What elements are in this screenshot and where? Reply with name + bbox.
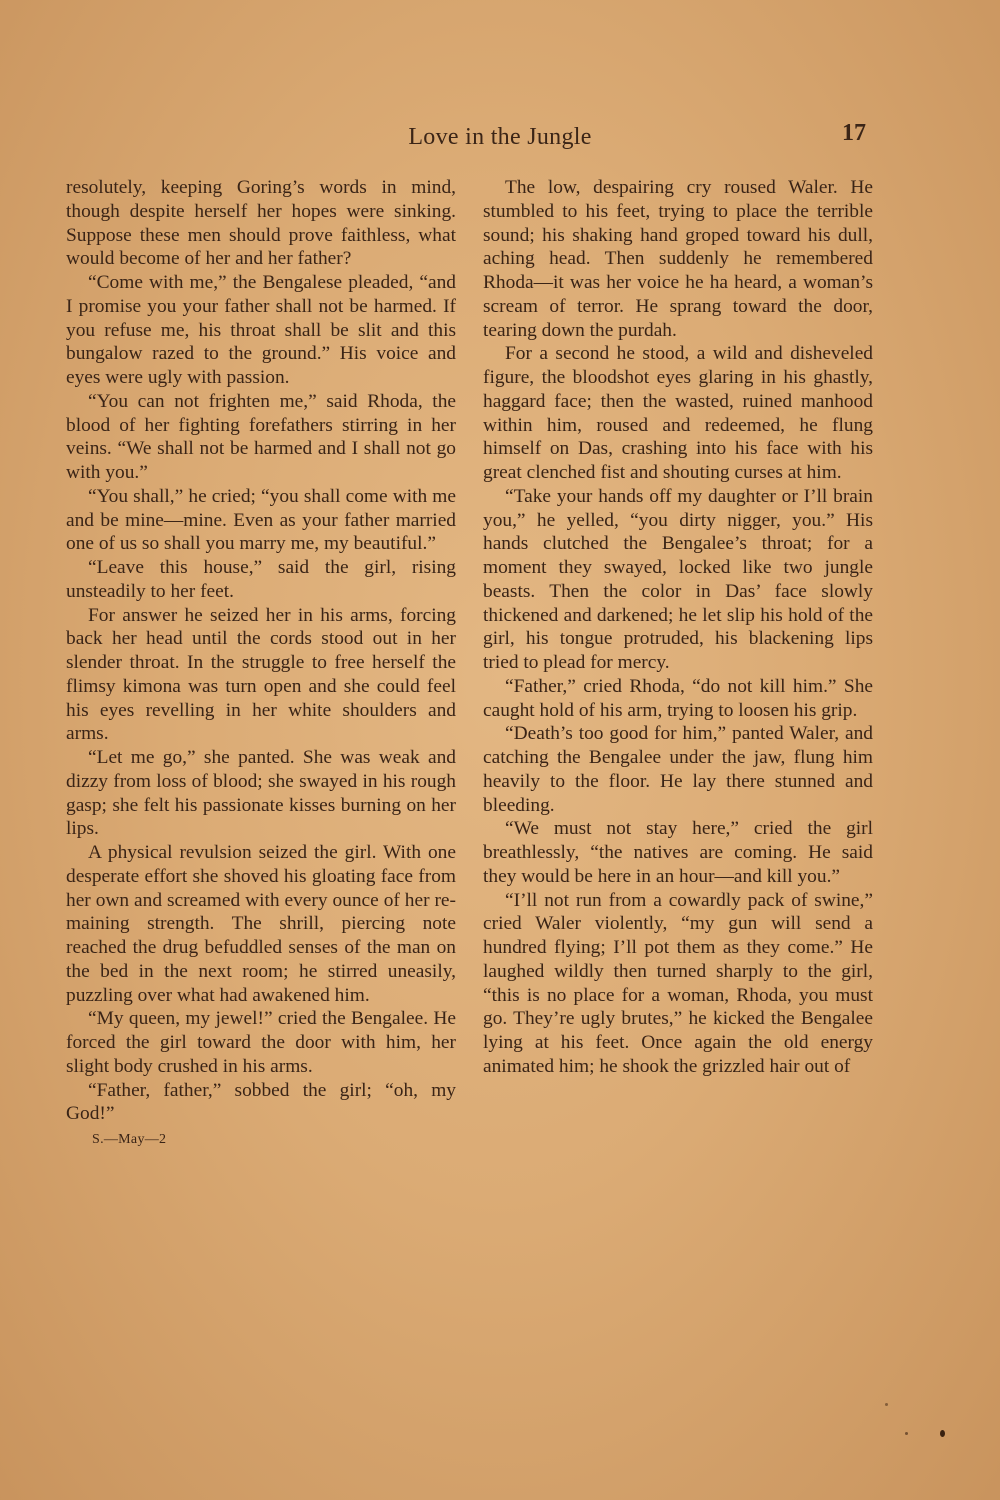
paragraph: “You shall,” he cried; “you shall come w… [66,485,456,556]
paragraph: “Father,” cried Rhoda, “do not kill him.… [483,675,873,723]
paragraph: “You can not frighten me,” said Rhoda, t… [66,390,456,485]
paragraph: “Take your hands off my daughter or I’ll… [483,485,873,675]
paragraph: “We must not stay here,” cried the girl … [483,817,873,888]
page-number: 17 [842,120,866,147]
signature-mark: S.—May—2 [92,1128,456,1152]
paragraph: “Death’s too good for him,” panted Waler… [483,722,873,817]
left-column: resolutely, keeping Goring’s words in mi… [66,176,456,1152]
paragraph: For answer he seized her in his arms, fo… [66,604,456,747]
paragraph: “Leave this house,” said the girl, ris­i… [66,556,456,604]
paragraph: The low, despairing cry roused Wa­ler. H… [483,176,873,342]
paper-speck [905,1432,908,1435]
paragraph: For a second he stood, a wild and dishev… [483,342,873,485]
paragraph: A physical revulsion seized the girl. Wi… [66,841,456,1007]
paragraph: “Father, father,” sobbed the girl; “oh, … [66,1079,456,1127]
paper-speck [885,1403,888,1406]
paragraph: “Come with me,” the Bengalese pleaded, “… [66,271,456,390]
paragraph: “My queen, my jewel!” cried the Bengalee… [66,1007,456,1078]
paragraph: “Let me go,” she panted. She was weak an… [66,746,456,841]
book-page: Love in the Jungle 17 resolutely, keepin… [0,0,1000,1500]
paper-speck [940,1430,945,1437]
paragraph: resolutely, keeping Goring’s words in mi… [66,176,456,271]
paragraph: “I’ll not run from a cowardly pack of sw… [483,889,873,1079]
right-column: The low, despairing cry roused Wa­ler. H… [483,176,873,1079]
